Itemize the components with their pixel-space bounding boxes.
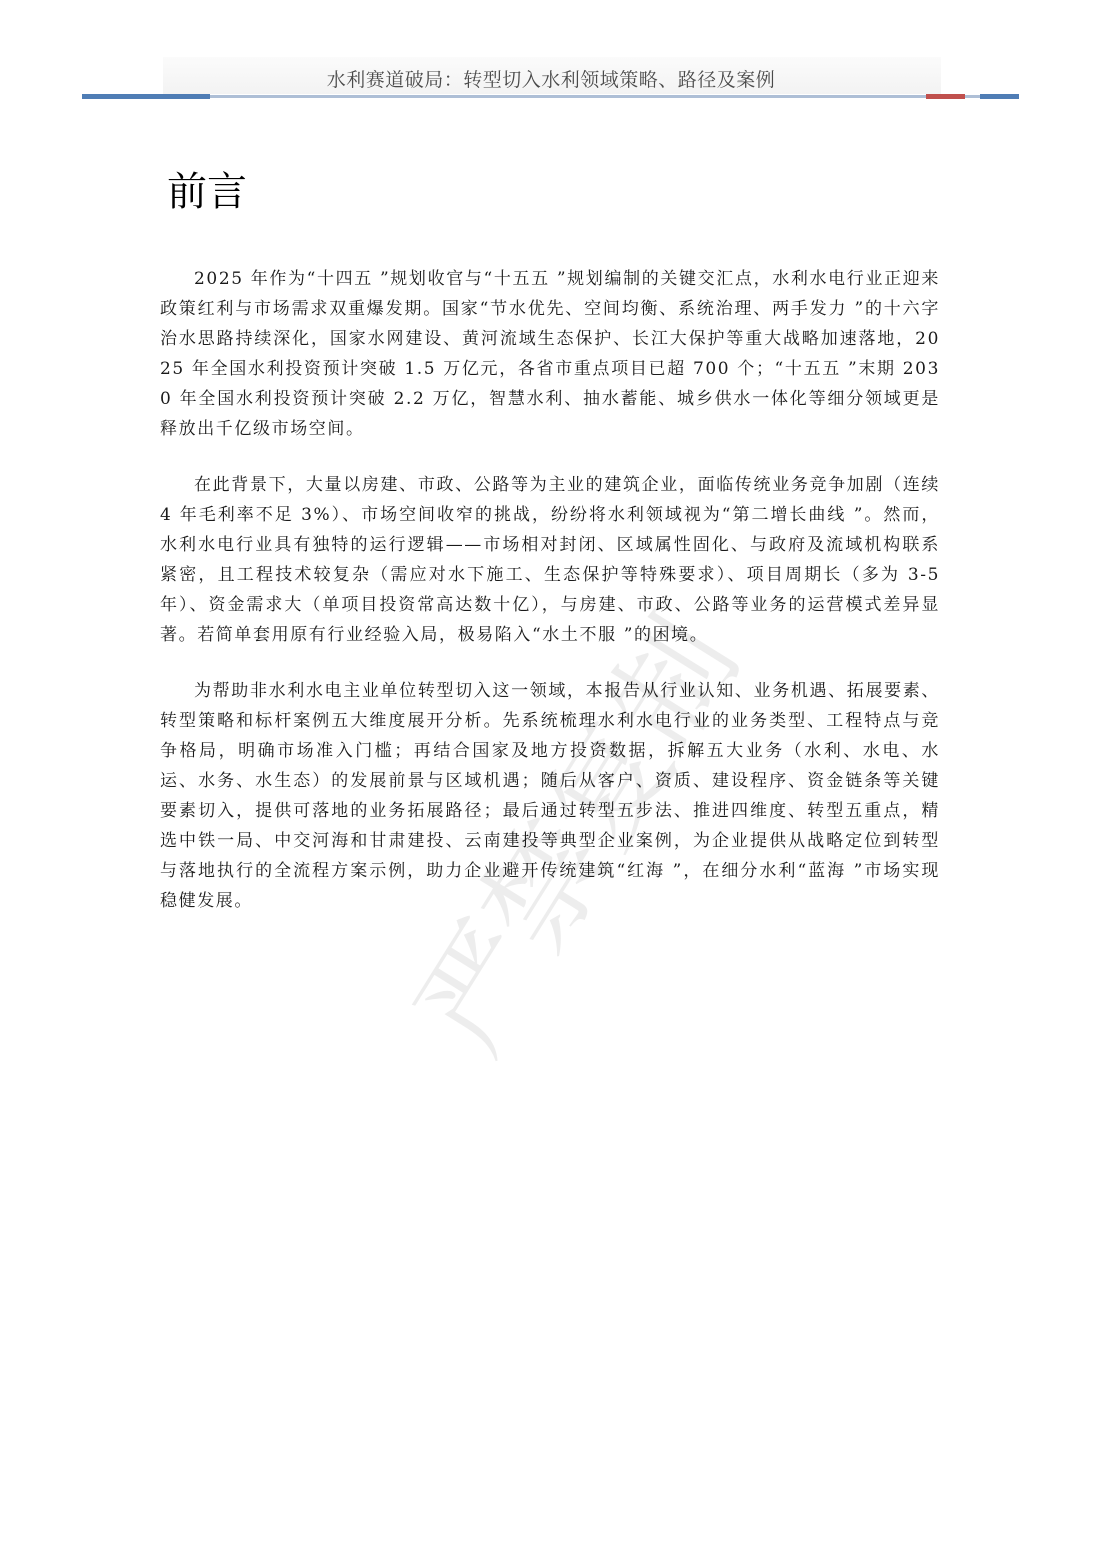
paragraph-3: 为帮助非水利水电主业单位转型切入这一领域，本报告从行业认知、业务机遇、拓展要素、… bbox=[160, 676, 940, 916]
header-rule-accent-left bbox=[82, 94, 210, 99]
preface-body: 2025 年作为“十四五 ”规划收官与“十五五 ”规划编制的关键交汇点，水利水电… bbox=[160, 264, 940, 942]
paragraph-1: 2025 年作为“十四五 ”规划收官与“十五五 ”规划编制的关键交汇点，水利水电… bbox=[160, 264, 940, 444]
page-title: 前言 bbox=[167, 160, 247, 217]
running-header-title: 水利赛道破局：转型切入水利领域策略、路径及案例 bbox=[0, 65, 1102, 92]
header-rule-accent-right bbox=[980, 94, 1019, 99]
header-rule-accent-red bbox=[926, 94, 965, 99]
header-rule bbox=[82, 95, 1019, 98]
paragraph-2: 在此背景下，大量以房建、市政、公路等为主业的建筑企业，面临传统业务竞争加剧（连续… bbox=[160, 470, 940, 650]
